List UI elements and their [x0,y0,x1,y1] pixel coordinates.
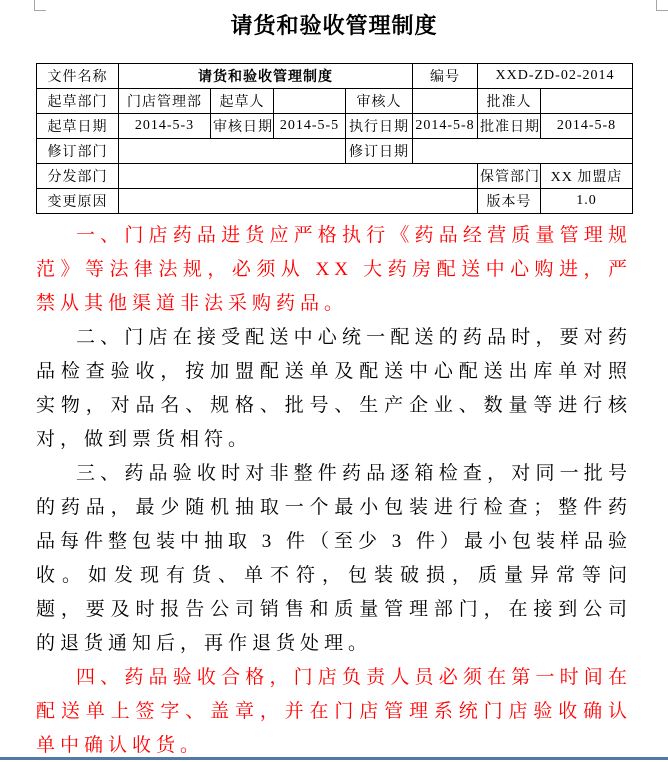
paragraph-1: 一、门店药品进货应严格执行《药品经营质量管理规范》等法律法规，必须从 XX 大药… [36,219,632,321]
table-row-distribution: 分发部门 保管部门 XX 加盟店 [37,164,633,189]
cell-keep-dept-label: 保管部门 [478,164,541,189]
cell-version-label: 版本号 [478,189,541,214]
document-info-table: 文件名称 请货和验收管理制度 编号 XXD-ZD-02-2014 起草部门 门店… [36,63,633,214]
cell-review-date-label: 审核日期 [211,114,274,139]
cell-approve-date-value: 2014-5-8 [541,114,633,139]
document-body: 一、门店药品进货应严格执行《药品经营质量管理规范》等法律法规，必须从 XX 大药… [36,219,632,762]
cell-revise-date-label: 修订日期 [346,139,413,164]
cell-approver-label: 批准人 [478,89,541,114]
paragraph-2: 二、门店在接受配送中心统一配送的药品时，要对药品检查验收，按加盟配送单及配送中心… [36,321,632,457]
cell-change-reason-label: 变更原因 [37,189,119,214]
paragraph-3: 三、药品验收时对非整件药品逐箱检查，对同一批号的药品，最少随机抽取一个最小包装进… [36,457,632,661]
cell-draft-dept-label: 起草部门 [37,89,119,114]
cell-file-name-label: 文件名称 [37,64,119,89]
cell-draft-date-value: 2014-5-3 [119,114,211,139]
paragraph-4: 四、药品验收合格，门店负责人员必须在第一时间在配送单上签字、盖章，并在门店管理系… [36,661,632,762]
window-bottom-edge [0,757,668,760]
cell-revise-dept-value [119,139,346,164]
table-row-dates: 起草日期 2014-5-3 审核日期 2014-5-5 执行日期 2014-5-… [37,114,633,139]
cell-reviewer-value [413,89,478,114]
table-row-drafting: 起草部门 门店管理部 起草人 审核人 批准人 [37,89,633,114]
table-row-change-reason: 变更原因 版本号 1.0 [37,189,633,214]
document-page: 请货和验收管理制度 文件名称 请货和验收管理制度 编号 XXD-ZD-02-20… [0,0,668,762]
cell-change-reason-value [119,189,478,214]
cell-reviewer-label: 审核人 [346,89,413,114]
cell-revise-date-value [413,139,633,164]
cell-file-name-value: 请货和验收管理制度 [119,64,413,89]
cell-version-value: 1.0 [541,189,633,214]
cell-dist-dept-value [119,164,478,189]
cell-revise-dept-label: 修订部门 [37,139,119,164]
cell-review-date-value: 2014-5-5 [274,114,346,139]
cell-doc-number-label: 编号 [413,64,478,89]
cell-approve-date-label: 批准日期 [478,114,541,139]
table-row-revision: 修订部门 修订日期 [37,139,633,164]
cell-exec-date-label: 执行日期 [346,114,413,139]
cell-draft-dept-value: 门店管理部 [119,89,211,114]
cell-approver-value [541,89,633,114]
cell-doc-number-value: XXD-ZD-02-2014 [478,64,633,89]
cell-draft-date-label: 起草日期 [37,114,119,139]
cell-exec-date-value: 2014-5-8 [413,114,478,139]
table-row-file-name: 文件名称 请货和验收管理制度 编号 XXD-ZD-02-2014 [37,64,633,89]
cell-drafter-label: 起草人 [211,89,274,114]
cell-drafter-value [274,89,346,114]
cell-keep-dept-value: XX 加盟店 [541,164,633,189]
cell-dist-dept-label: 分发部门 [37,164,119,189]
document-title: 请货和验收管理制度 [0,9,668,40]
